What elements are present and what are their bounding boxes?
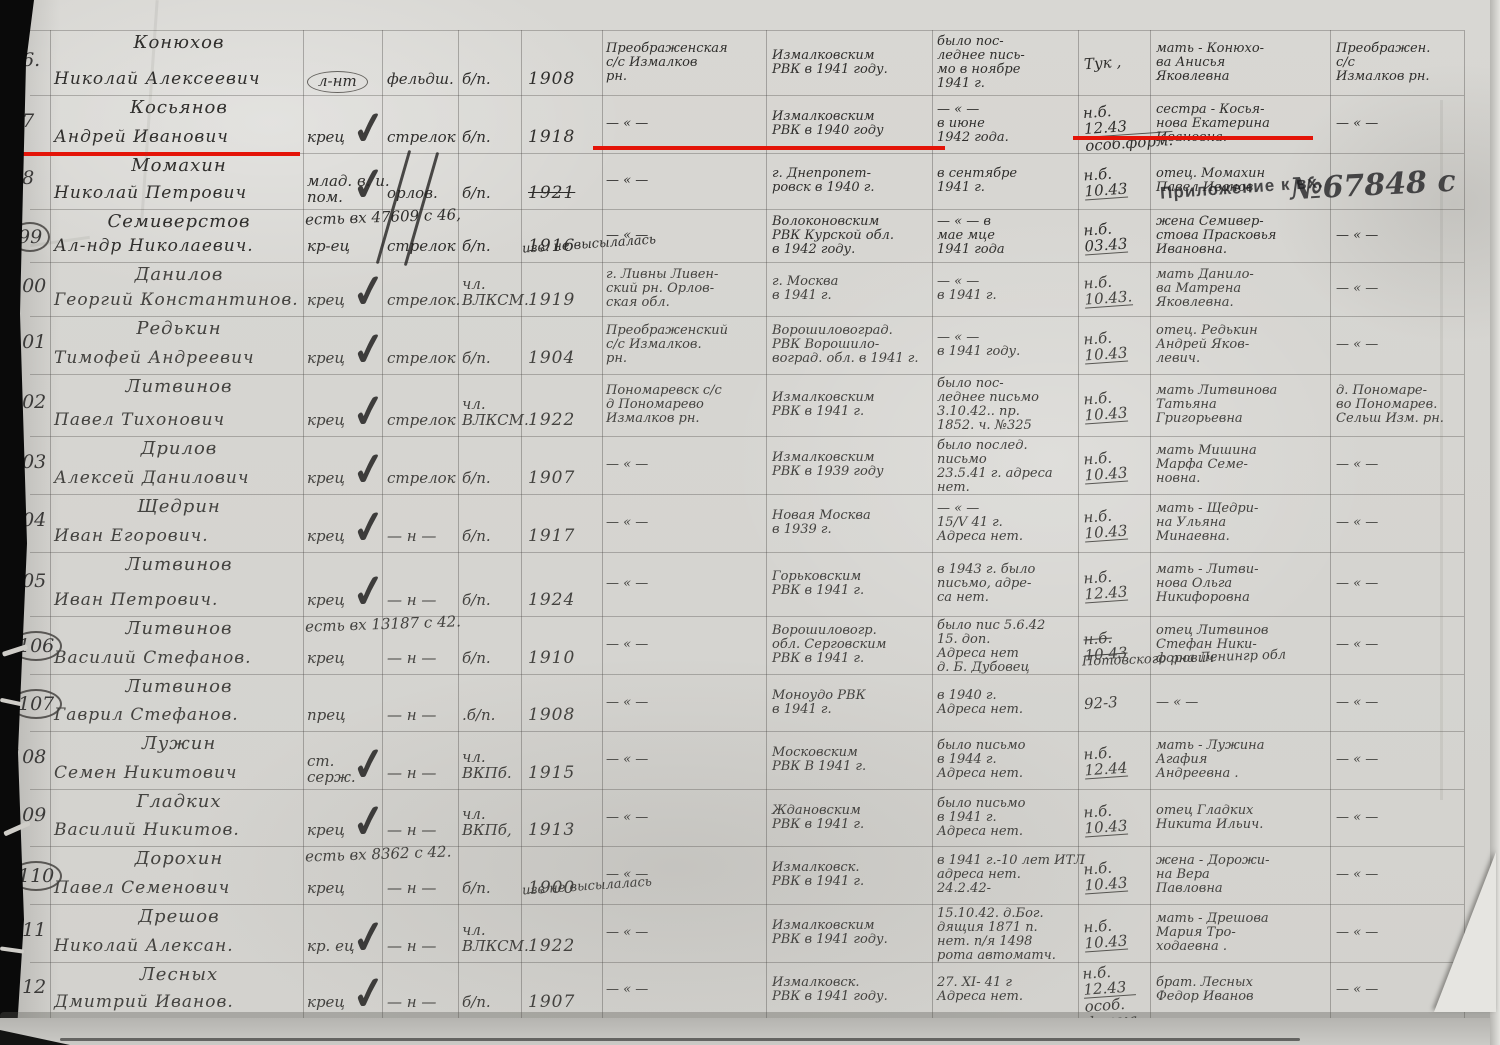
cell-party: б/п. [462,185,491,201]
table-row: 101РедькинТимофей Андреевичкрец✓стрелокб… [0,316,1500,374]
cell-rank: — н — [387,650,436,666]
cell-party: б/п. [462,592,491,608]
cell-party: чл.ВЛКСМ. [462,922,529,954]
cell-rank: стрелок [387,350,456,366]
cell-birth-year: 1918 [528,127,575,147]
cell-rvk: ИзмалковскимРВК в 1941 году. [772,49,888,77]
cell-birth-year: 1922 [528,410,575,430]
cell-social-status: кр-ец [307,238,350,254]
cell-surname: Редькин [58,318,300,339]
cell-given-name: Василий Никитов. [54,820,240,840]
cell-surname: Литвинов [58,376,300,397]
cell-rank: — н — [387,822,436,838]
cell-party: б/п. [462,350,491,366]
cell-birth-year: 1900 [528,878,575,898]
cell-rank: стрелок [387,238,456,254]
cell-contact: — « —в 1941 г. [937,275,997,303]
cell-rvk: Ворошиловоград.РВК Ворошило-воград. обл.… [772,324,918,366]
cell-social-status: крец [307,822,345,838]
cell-rvk: ИзмалковскимРВК в 1940 году [772,110,884,138]
cell-party: чл.ВЛКСМ. [462,276,529,308]
cell-addr: — « — [1336,117,1378,131]
cell-birth: — « — [606,983,648,997]
cell-surname: Дорохин [58,848,300,869]
cell-rel: мать - Щедри-на УльянаМинаевна. [1156,502,1258,544]
cell-contact: — « —15/V 41 г.Адреса нет. [937,502,1023,544]
table-row: 111ДрешовНиколай Алексан.кр. ец✓— н —чл.… [0,904,1500,962]
cell-party: чл.ВКПб. [462,749,512,781]
cell-rank: фельдш. [387,71,454,87]
cell-given-name: Павел Семенович [54,878,230,898]
cell-birth-year: 1907 [528,992,575,1012]
cell-addr: — « — [1336,926,1378,940]
cell-rel: мать Данило-ва МатренаЯковлевна. [1156,268,1254,310]
table-row: 105ЛитвиновИван Петрович.крец✓— н —б/п.1… [0,552,1500,616]
cell-rvk: МосковскимРВК В 1941 г. [772,746,866,774]
table-row: 112ЛесныхДмитрий Иванов.крец✓— н —б/п.19… [0,962,1500,1018]
cell-fate-note: н.б.03.43 [1083,219,1128,255]
cell-social-status: крец [307,650,345,666]
cell-party: б/п. [462,238,491,254]
cell-addr: д. Пономаре-во Пономарев.Сельш Изм. рн. [1336,384,1444,426]
cell-given-name: Андрей Иванович [54,127,229,147]
cell-rank: — н — [387,880,436,896]
checkmark: ✓ [349,499,388,556]
cell-contact: в 1940 г.Адреса нет. [937,689,1023,717]
cell-surname: Лужин [58,733,300,754]
checkmark: ✓ [349,383,388,440]
table-row: 107ЛитвиновГаврил Стефанов.прец— н —.б/п… [0,674,1500,731]
cell-rvk: Ворошиловогр.обл. СерговскимРВК в 1941 г… [772,624,886,666]
cell-rank: — н — [387,592,436,608]
cell-surname: Литвинов [58,554,300,575]
cell-social-status: ст.серж. [307,753,356,785]
cell-rank: — н — [387,938,436,954]
cell-fate-note: Тук , [1083,54,1121,73]
incoming-ref-note: есть вх 13187 с 42. [305,613,461,634]
cell-given-name: Николай Алексан. [54,936,234,956]
cell-birth: — « — [606,868,648,882]
cell-rel: — « — [1156,696,1198,710]
cell-addr: — « — [1336,811,1378,825]
cell-addr: — « — [1336,458,1378,472]
cell-contact: было пос-леднее письмо3.10.42.. пр.1852.… [937,377,1039,433]
cell-given-name: Гаврил Стефанов. [54,705,239,725]
table-row: 102ЛитвиновПавел Тихоновичкрец✓стрелокчл… [0,374,1500,436]
cell-fate-note: н.б.10.43 [1083,917,1128,953]
folded-corner [1434,852,1496,1012]
cell-social-status: крец [307,528,345,544]
cell-surname: Момахин [58,155,300,176]
cell-birth-year: 1921 [528,183,575,203]
cell-birth: Преображенскийс/с Измалков.рн. [606,324,728,366]
cell-rel: мать ЛитвиноваТатьянаГригорьевна [1156,384,1277,426]
cell-rel: мать - ЛужинаАгафияАндреевна . [1156,739,1264,781]
cell-social-status: крец [307,292,345,308]
cell-birth: Пономаревск с/сд ПономаревоИзмалков рн. [606,384,722,426]
cell-birth-year: 1904 [528,348,575,368]
incoming-ref-note: есть вх 8362 с 42. [305,843,452,864]
cell-birth: — « — [606,117,648,131]
checkmark: ✓ [349,263,388,320]
cell-given-name: Василий Стефанов. [54,648,252,668]
cell-birth-year: 1924 [528,590,575,610]
cell-social-status: л-нт [307,71,368,93]
checkmark: ✓ [349,793,388,850]
checkmark: ✓ [349,321,388,378]
cell-birth-year: 1915 [528,763,575,783]
cell-birth: — « — [606,174,648,188]
table-row: 106ЛитвиновВасилий Стефанов.есть вх 1318… [0,616,1500,674]
cell-social-status: крец [307,129,345,145]
cell-rank: — н — [387,528,436,544]
cell-birth-year: 1913 [528,820,575,840]
cell-birth-year: 1922 [528,936,575,956]
cell-rvk: Новая Москвав 1939 г. [772,509,871,537]
cell-surname: Семиверстов [58,211,300,232]
cell-fate-note: н.б.10.43 [1083,389,1128,425]
red-underline-left [0,152,300,156]
scanned-registry-page: 96.КонюховНиколай Алексеевичл-нтфельдш.б… [0,0,1500,1045]
cell-birth: Преображенскаяс/с Измалковрн. [606,42,728,84]
cell-party: б/п. [462,470,491,486]
cell-surname: Косьянов [58,97,300,118]
cell-addr: — « — [1336,516,1378,530]
cell-surname: Гладких [58,791,300,812]
cell-given-name: Павел Тихонович [54,410,225,430]
cell-birth: — « — [606,229,648,243]
cell-rvk: г. Москвав 1941 г. [772,275,838,303]
cell-party: чл.ВКПб, [462,806,512,838]
cell-birth-year: 1916 [528,236,575,256]
cell-surname: Литвинов [58,676,300,697]
cell-rvk: ЖдановскимРВК в 1941 г. [772,804,864,832]
cell-party: б/п. [462,650,491,666]
cell-rvk: ИзмалковскимРВК в 1939 году [772,451,884,479]
cell-rvk: Моноудо РВКв 1941 г. [772,689,866,717]
cell-birth-year: 1908 [528,69,575,89]
cell-contact: 15.10.42. д.Бог.дящия 1871 п.нет. п/я 14… [937,907,1056,963]
cell-party: .б/п. [462,707,495,723]
cell-rel: жена - Дорожи-на ВераПавловна [1156,854,1270,896]
checkmark: ✓ [349,156,388,213]
cell-contact: — « — вмае мце1941 года [937,215,1005,257]
cell-given-name: Дмитрий Иванов. [54,992,234,1012]
cell-birth: — « — [606,638,648,652]
cell-contact: в 1941 г.-10 лет ИТЛадреса нет.24.2.42- [937,854,1085,896]
checkmark: ✓ [349,736,388,793]
cell-social-status: крец [307,592,345,608]
cell-social-status: кр. ец [307,938,354,954]
cell-contact: — « —в 1941 году. [937,331,1020,359]
cell-fate-note: н.б.10.43 [1083,859,1128,895]
table-row: 108ЛужинСемен Никитовичст.серж.✓— н —чл.… [0,731,1500,789]
cell-contact: было послед.письмо23.5.41 г. адресанет. [937,439,1053,495]
cell-addr: — « — [1336,983,1378,997]
cell-birth-year: 1907 [528,468,575,488]
cell-fate-note: н.б.10.43 [1083,449,1128,485]
cell-rank: стрелок [387,129,456,145]
cell-social-status: крец [307,880,345,896]
table-row: 110ДорохинПавел Семеновичесть вх 8362 с … [0,846,1500,904]
cell-birth: — « — [606,696,648,710]
cell-social-status: крец [307,350,345,366]
cell-given-name: Иван Егорович. [54,526,209,546]
cell-addr: — « — [1336,282,1378,296]
cell-party: б/п. [462,71,491,87]
cell-birth-year: 1917 [528,526,575,546]
cell-fate-note: н.б.10.43. [1083,272,1133,308]
cell-rel: брат. ЛесныхФедор Иванов [1156,976,1254,1004]
cell-rank: — н — [387,765,436,781]
table-row: 100ДаниловГеоргий Константинов.крец✓стре… [0,262,1500,316]
cell-contact: — « —в июне1942 года. [937,103,1009,145]
cell-contact: в 1943 г. былописьмо, адре-са нет. [937,563,1035,605]
cell-rank: стрелок [387,412,456,428]
cell-birth-year: 1910 [528,648,575,668]
table-row: 99СемиверстовАл-ндр Николаевич.есть вх 4… [0,209,1500,262]
red-underline-right [1073,136,1313,140]
cell-social-status: крец [307,994,345,1010]
cell-addr: Преображен.с/сИзмалков рн. [1336,42,1430,84]
cell-contact: 27. XI- 41 гАдреса нет. [937,976,1023,1004]
cell-rvk: Измалковск.РВК в 1941 г. [772,861,864,889]
cell-rel: мать - Литви-нова ОльгаНикифоровна [1156,563,1258,605]
cell-birth: — « — [606,811,648,825]
cell-addr: — « — [1336,638,1378,652]
cell-addr: — « — [1336,577,1378,591]
cell-rvk: г. Днепропет-ровск в 1940 г. [772,167,875,195]
cell-surname: Данилов [58,264,300,285]
scan-shadow [60,1038,1300,1041]
cell-rank: — н — [387,707,436,723]
cell-fate-note: 92-3 [1083,694,1118,712]
cell-rel: отец ГладкихНикита Ильич. [1156,804,1263,832]
cell-party: чл.ВЛКСМ. [462,396,529,428]
cell-rank: — н — [387,994,436,1010]
cell-given-name: Тимофей Андреевич [54,348,255,368]
cell-addr: — « — [1336,229,1378,243]
table-row: 97КосьяновАндрей Ивановичкрец✓стрелокб/п… [0,95,1500,153]
cell-rel: мать - ДрешоваМария Тро-ходаевна . [1156,912,1269,954]
cell-rel: отец. РедькинАндрей Яков-левич. [1156,324,1258,366]
cell-surname: Дрешов [58,906,300,927]
cell-surname: Дрилов [58,438,300,459]
cell-fate-note: н.б.10.43 [1083,165,1128,201]
cell-addr: — « — [1336,696,1378,710]
cell-surname: Конюхов [58,32,300,53]
cell-social-status: крец [307,470,345,486]
cell-rvk: ИзмалковскимРВК в 1941 году. [772,919,888,947]
cell-given-name: Семен Никитович [54,763,237,783]
cell-birth-year: 1919 [528,290,575,310]
cell-social-status: крец [307,412,345,428]
cell-rvk: ВолоконовскимРВК Курской обл.в 1942 году… [772,215,894,257]
cell-fate-note: н.б.12.44 [1083,744,1128,780]
cell-rvk: ИзмалковскимРВК в 1941 г. [772,391,875,419]
cell-rank: стрелок. [387,292,460,308]
cell-rel: мать МишинаМарфа Семе-новна. [1156,444,1257,486]
table-row: 109ГладкихВасилий Никитов.крец✓— н —чл.В… [0,789,1500,846]
paper-crease [1440,100,1443,800]
cell-contact: было письмов 1941 г.Адреса нет. [937,797,1025,839]
cell-rvk: ГорьковскимРВК в 1941 г. [772,570,864,598]
table-row: 104ЩедринИван Егорович.крец✓— н —б/п.191… [0,494,1500,552]
cell-given-name: Алексей Данилович [54,468,249,488]
cell-fate-note: н.б.12.43 [1083,568,1128,604]
cell-contact: было письмов 1944 г.Адреса нет. [937,739,1025,781]
cell-birth: г. Ливны Ливен-ский рн. Орлов-ская обл. [606,268,718,310]
cell-rel: мать - Конюхо-ва АнисьяЯковлевна [1156,42,1264,84]
cell-addr: — « — [1336,338,1378,352]
cell-rel: отец ЛитвиновСтефан Ники-форович [1156,624,1269,666]
cell-given-name: Николай Алексеевич [54,69,260,89]
cell-addr: — « — [1336,868,1378,882]
cell-contact: было пос-леднее пись-мо в ноябре1941 г. [937,35,1025,91]
cell-birth: — « — [606,753,648,767]
red-underline-middle [593,146,945,150]
cell-party: б/п. [462,528,491,544]
cell-surname: Щедрин [58,496,300,517]
cell-given-name: Иван Петрович. [54,590,218,610]
cell-birth: — « — [606,577,648,591]
cell-surname: Литвинов [58,618,300,639]
checkmark: ✓ [349,441,388,498]
cell-rank: стрелок [387,470,456,486]
cell-rel: жена Семивер-стова ПрасковьяИвановна. [1156,215,1276,257]
cell-birth: — « — [606,458,648,472]
cell-birth-year: 1908 [528,705,575,725]
cell-fate-note: н.б.10.43 [1083,801,1128,837]
checkmark: ✓ [349,100,388,157]
cell-surname: Лесных [58,964,300,985]
cell-contact: в сентябре1941 г. [937,167,1017,195]
cell-party: б/п. [462,129,491,145]
cell-contact: было пис 5.6.4215. доп.Адреса нетд. Б. Д… [937,619,1045,675]
cell-social-status: прец [307,707,346,723]
cell-party: б/п. [462,994,491,1010]
checkmark: ✓ [349,563,388,620]
cell-fate-note: н.б.10.43 [1083,507,1128,543]
cell-addr: — « — [1336,753,1378,767]
cell-party: б/п. [462,880,491,896]
cell-given-name: Николай Петрович [54,183,247,203]
incoming-ref-note: есть вх 47609 с 46, [305,206,461,227]
cell-birth: — « — [606,516,648,530]
checkmark: ✓ [349,909,388,966]
cell-given-name: Георгий Константинов. [54,290,299,310]
cell-rvk: Измалковск.РВК в 1941 году. [772,976,888,1004]
table-row: 103ДриловАлексей Даниловичкрец✓стрелокб/… [0,436,1500,494]
cell-birth: — « — [606,926,648,940]
table-row: 96.КонюховНиколай Алексеевичл-нтфельдш.б… [0,30,1500,95]
cell-fate-note: н.б.10.43 [1083,329,1128,365]
